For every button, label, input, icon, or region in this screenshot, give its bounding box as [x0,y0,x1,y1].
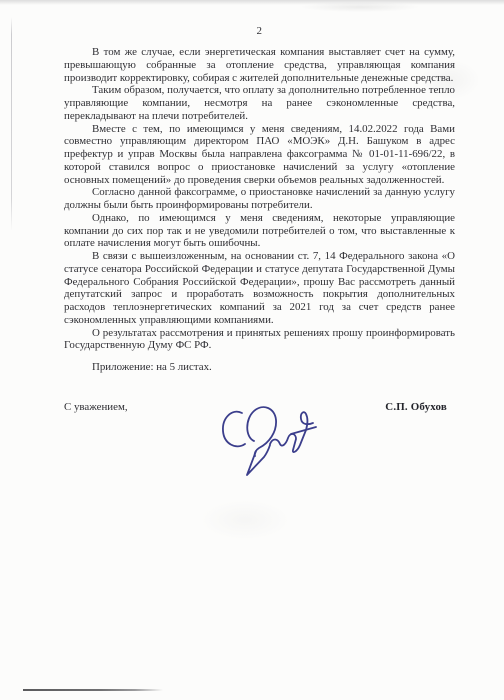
paragraph-7: О результатах рассмотрения и принятых ре… [64,327,455,353]
paragraph-4: Согласно данной факсограмме, о приостано… [64,186,455,212]
page-number: 2 [64,25,455,37]
paragraph-1: В том же случае, если энергетическая ком… [64,46,455,84]
attachment-note: Приложение: на 5 листах. [64,361,455,374]
scan-smudge [200,500,290,540]
letter-body: В том же случае, если энергетическая ком… [64,46,455,414]
scan-artifact-top-edge [0,0,504,5]
paragraph-5: Однако, по имеющимся у меня сведениям, н… [64,212,455,250]
signature-ink-strokes [223,407,316,475]
scan-artifact-bottom-line [23,689,163,691]
scanned-letter-page: 2 В том же случае, если энергетическая к… [0,0,504,700]
paragraph-6: В связи с вышеизложенным, на основании с… [64,250,455,327]
scan-artifact-left-line [11,17,12,231]
paragraph-3: Вместе с тем, по имеющимся у меня сведен… [64,123,455,187]
signatory-name: С.П. Обухов [385,401,447,414]
closing-salutation: С уважением, [64,401,128,414]
handwritten-signature-graphic [212,396,320,482]
paragraph-2: Таким образом, получается, что оплату за… [64,84,455,122]
